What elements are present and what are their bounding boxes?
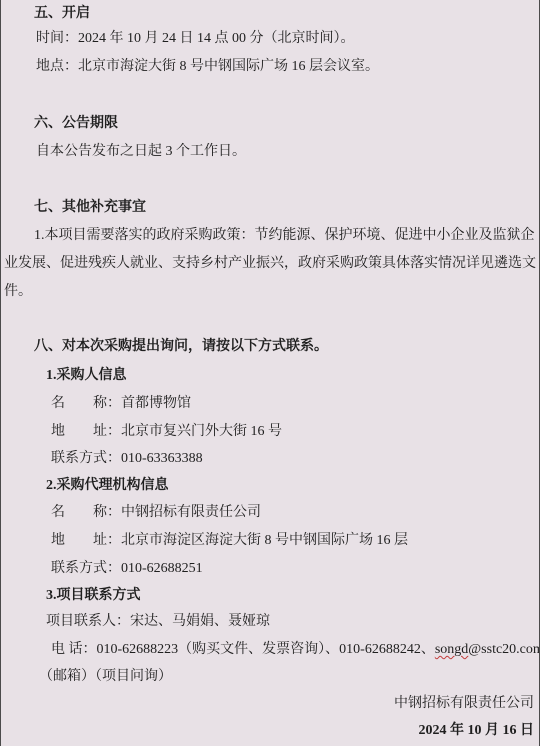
signature-company: 中钢招标有限责任公司 xyxy=(394,694,534,714)
email-user-text: songd xyxy=(435,642,468,657)
signature-date: 2024 年 10 月 16 日 xyxy=(419,721,535,741)
phone-numbers-text: 电 话：010-62688223（购买文件、发票咨询）、010-62688242… xyxy=(51,642,435,657)
opening-place-line: 地点：北京市海淀大街 8 号中钢国际广场 16 层会议室。 xyxy=(36,57,379,77)
project-contact-heading: 3.项目联系方式 xyxy=(46,586,141,606)
agency-name-line: 名 称：中钢招标有限责任公司 xyxy=(51,503,261,523)
policy-paragraph-line-2: 业发展、促进残疾人就业、支持乡村产业振兴，政府采购政策具体落实情况详见遴选文 xyxy=(4,254,536,274)
agency-contact-line: 联系方式：010-62688251 xyxy=(51,559,203,579)
purchaser-name-line: 名 称：首都博物馆 xyxy=(51,394,191,414)
policy-paragraph-line-1: 1.本项目需要落实的政府采购政策：节约能源、保护环境、促进中小企业及监狱企 xyxy=(34,226,535,246)
document-page: 五、开启 时间：2024 年 10 月 24 日 14 点 00 分（北京时间）… xyxy=(0,0,540,746)
section-6-title: 六、公告期限 xyxy=(34,114,118,134)
policy-paragraph-line-3: 件。 xyxy=(4,282,32,302)
purchaser-address-line: 地 址：北京市复兴门外大街 16 号 xyxy=(51,422,282,442)
opening-time-line: 时间：2024 年 10 月 24 日 14 点 00 分（北京时间）。 xyxy=(36,29,355,49)
purchaser-contact-line: 联系方式：010-63363388 xyxy=(51,449,203,469)
section-5-title: 五、开启 xyxy=(34,4,90,24)
project-phone-line: 电 话：010-62688223（购买文件、发票咨询）、010-62688242… xyxy=(51,640,540,660)
section-7-title: 七、其他补充事宜 xyxy=(34,198,146,218)
purchaser-info-heading: 1.采购人信息 xyxy=(46,366,127,386)
section-8-title: 八、对本次采购提出询问，请按以下方式联系。 xyxy=(34,337,328,357)
agency-address-line: 地 址：北京市海淀区海淀大街 8 号中钢国际广场 16 层 xyxy=(51,531,408,551)
project-contacts-line: 项目联系人：宋达、马娟娟、聂娅琼 xyxy=(46,612,270,632)
agency-info-heading: 2.采购代理机构信息 xyxy=(46,476,169,496)
project-phone-wrap-line: （邮箱）（项目问询） xyxy=(39,667,172,687)
email-domain-text: @sstc20.com xyxy=(468,642,540,657)
notice-period-line: 自本公告发布之日起 3 个工作日。 xyxy=(36,142,246,162)
